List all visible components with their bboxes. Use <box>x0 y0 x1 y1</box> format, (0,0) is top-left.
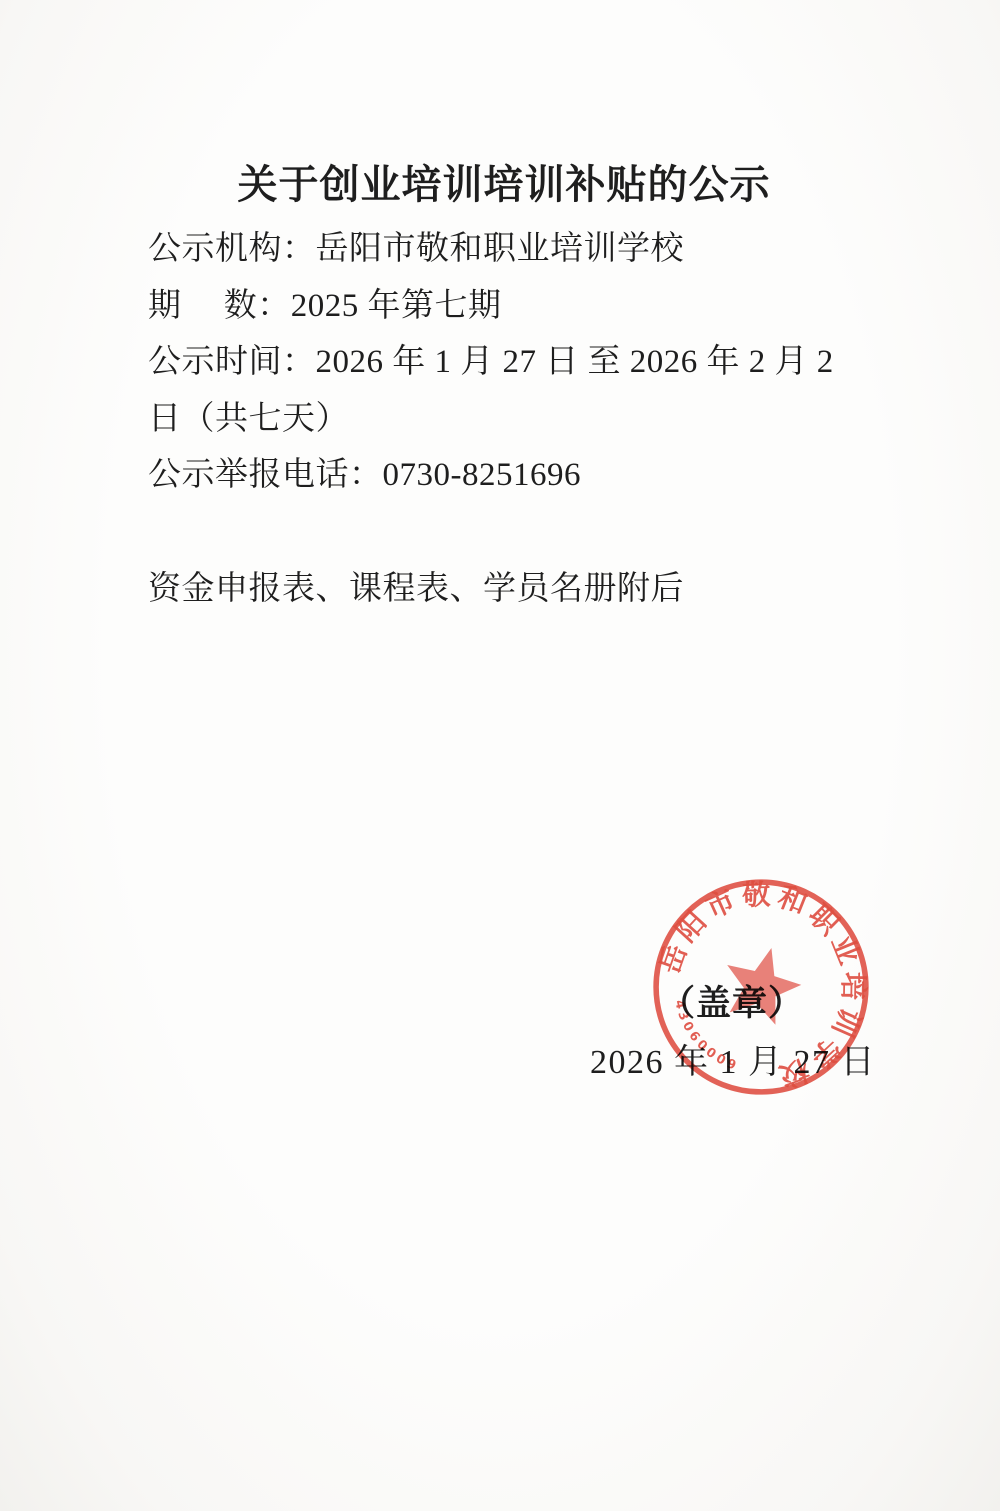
seal-placeholder-label: （盖章） <box>660 976 804 1026</box>
notice-page: 关于创业培训培训补贴的公示 公示机构：岳阳市敬和职业培训学校 期 数：2025 … <box>0 0 1000 1511</box>
date-line: 2026 年 1 月 27 日 <box>590 1034 876 1083</box>
notice-title: 关于创业培训培训补贴的公示 <box>148 153 860 210</box>
notice-body: 公示机构：岳阳市敬和职业培训学校 期 数：2025 年第七期 公示时间：2026… <box>148 221 948 617</box>
doc-line-attachment: 资金申报表、课程表、学员名册附后 <box>148 561 948 618</box>
doc-line-time-2: 日（共七天） <box>148 391 948 448</box>
doc-line-blank <box>148 504 948 561</box>
doc-line-org: 公示机构：岳阳市敬和职业培训学校 <box>148 221 948 278</box>
doc-line-period: 期 数：2025 年第七期 <box>148 278 948 335</box>
doc-line-time-1: 公示时间：2026 年 1 月 27 日 至 2026 年 2 月 2 <box>148 334 948 391</box>
doc-line-phone: 公示举报电话：0730-8251696 <box>148 447 948 504</box>
